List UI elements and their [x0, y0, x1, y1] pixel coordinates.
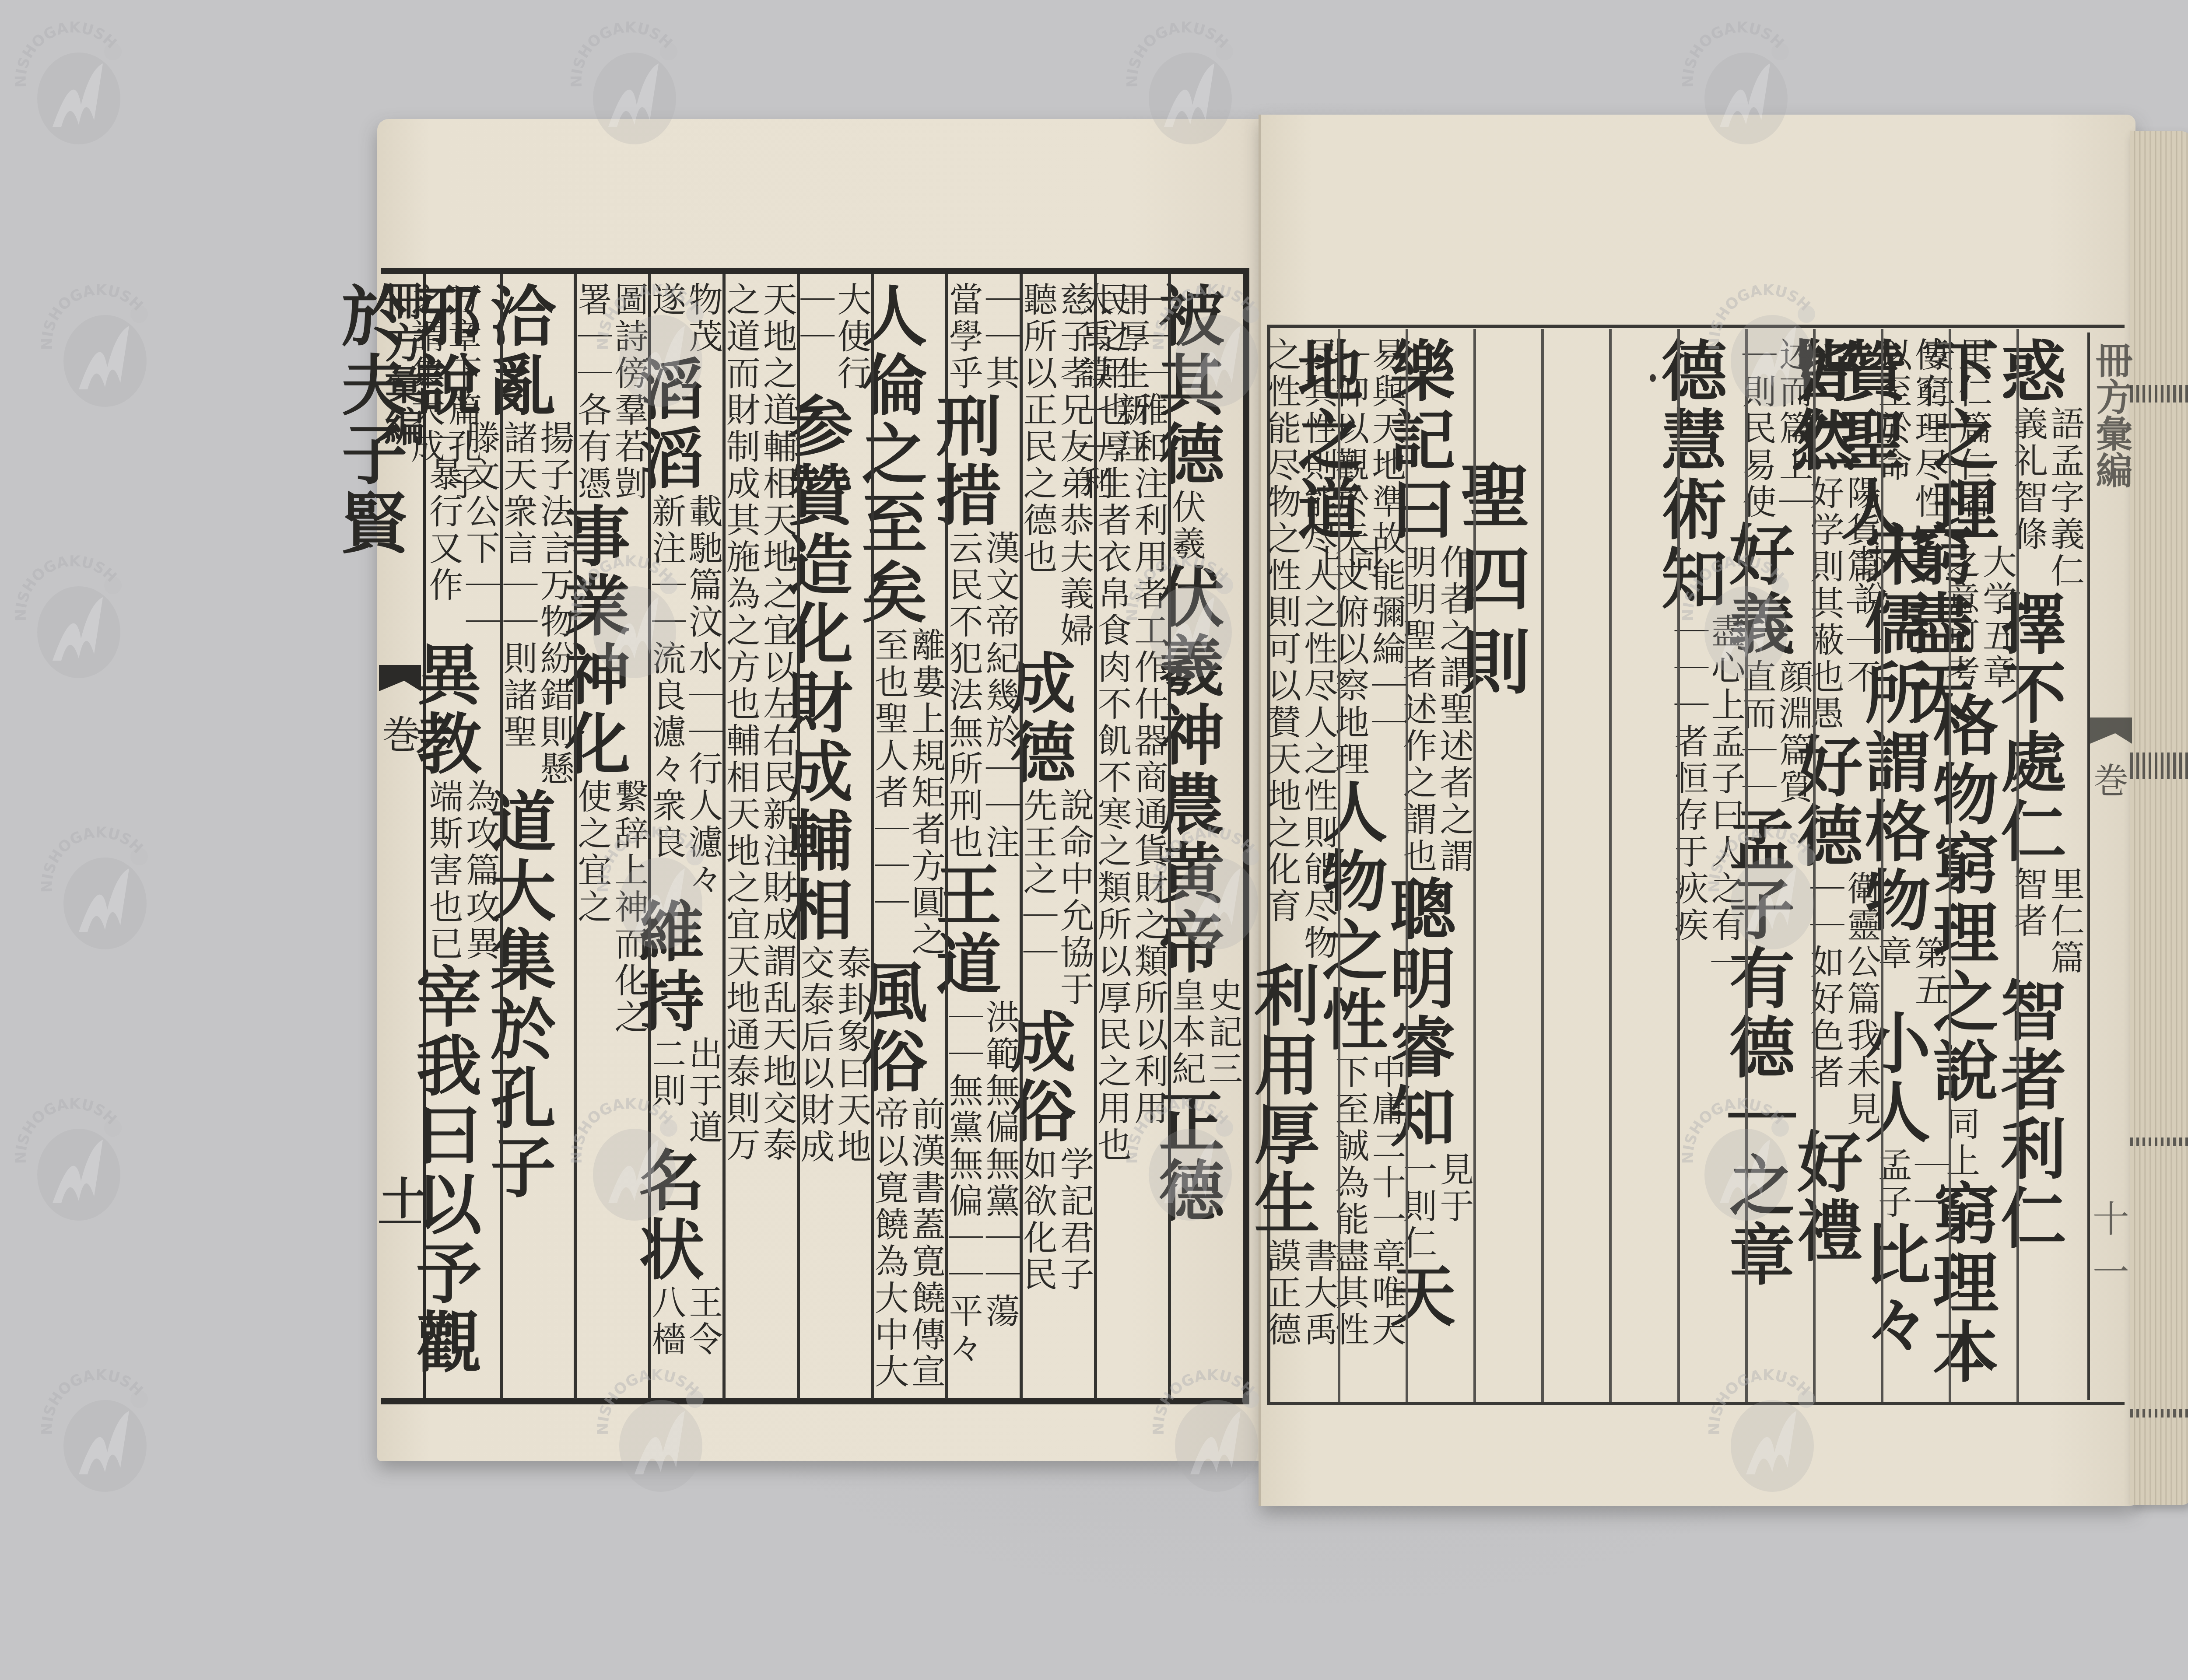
annotation-text: 說命中允協于先王之｜｜	[1019, 787, 1093, 1008]
text-column: 惑語孟字義仁義礼智條擇不處仁里仁篇智者智者利仁里仁篇仁者安仁｜｜窮盡天	[2020, 337, 2083, 1394]
annotation-line: 第五	[1911, 935, 1947, 1009]
annotation-line: 王令	[684, 1284, 721, 1358]
text-column: 下之理大学五章之意可考格物窮理之說同上窮理本贊聖人｜｜卦說	[1953, 337, 2015, 1394]
page-edge-ink-mark	[2130, 1137, 2188, 1146]
annotation-line: 書大禹	[1300, 1238, 1336, 1348]
annotation-text: 物茂遂	[648, 282, 721, 355]
annotation-text: 洪範無偏無黨｜｜蕩｜｜無黨無偏｜｜平々	[945, 999, 1018, 1367]
column-rule	[1338, 329, 1340, 1402]
annotation-text: 離婁上規矩至也聖人者	[870, 627, 944, 811]
text-column: 被其德伏羲伏羲神農黄帝史記三皇本紀正德用厚生新注大禹謨｜｜利	[1172, 282, 1241, 1391]
svg-text:NISHOGAKUSHA: NISHOGAKUSHA	[9, 17, 120, 88]
annotation-line: 署｜｜各有憑	[573, 282, 610, 502]
column-rule	[1473, 329, 1476, 1402]
ink-dot	[1650, 374, 1656, 382]
hanshin-volume: 巻	[2090, 752, 2132, 803]
annotation-line: 謨正德	[1263, 1238, 1300, 1348]
annotation-line: 如欲化民	[1019, 1146, 1056, 1293]
svg-text:NISHOGAKUSHA: NISHOGAKUSHA	[9, 1094, 120, 1164]
annotation-text: 泰卦象曰天地交泰后以財成	[796, 945, 870, 1165]
annotation-text: 出于道二則	[648, 1036, 721, 1146]
text-column: 德慧術知盡心上孟子曰人之有｜｜｜｜者恒存于疢疾	[1681, 337, 1744, 1394]
watermark-logo-icon: NISHOGAKUSHA	[9, 1094, 140, 1225]
annotation-text: 中庸二十一章唯天下至誠為能盡其性	[1331, 1054, 1404, 1348]
annotation-line: 說命中允協于	[1056, 787, 1093, 1008]
annotation-line: 学記君子	[1056, 1146, 1093, 1293]
column-rule	[1677, 329, 1680, 1402]
text-column: 尽其性則能尽人之性尽人之性則能尽物之性能尽物之性則可以賛天地之化育利用厚生書大禹…	[1274, 337, 1336, 1394]
annotation-line: 易與天地準故能彌綸｜｜	[1367, 337, 1404, 778]
annotation-line: 述而篇上｜	[1775, 337, 1812, 521]
page-edge-ink-mark	[2130, 385, 2188, 402]
text-column	[1545, 337, 1608, 1394]
annotation-text: 里仁篇智者	[2009, 866, 2083, 976]
fishtail-mark-icon	[2090, 717, 2132, 744]
annotation-line: ｜｜無黨無偏｜｜平々	[945, 999, 982, 1367]
annotation-line: 揚子法言万物紛錯則懸	[536, 420, 572, 787]
annotation-line: 者方圓之	[907, 811, 944, 958]
text-column: 人倫之至矣離婁上規矩至也聖人者者方圓之｜｜｜風俗前漢書蓋寛饒傳宣帝以寛饒為大中大	[875, 282, 944, 1391]
hanshin-page-number: 十一	[2090, 1190, 2132, 1296]
annotation-line: 泰卦象曰天地	[833, 945, 870, 1165]
annotation-text: 揚子法言万物紛錯則懸諸天衆言｜｜則諸聖	[499, 420, 572, 787]
annotation-line: 載馳篇汶水｜｜行人濾々	[684, 493, 721, 898]
text-column: 樂記曰作者之謂聖述者之謂明明聖者述作之謂也聰明睿知見于一則仁天地之道同上	[1410, 337, 1472, 1394]
annotation-line: 皇本紀	[1168, 977, 1204, 1088]
annotation-line: 云民不犯法無所刑也	[945, 530, 982, 861]
annotation-text: 傳窮理尽性以至於命	[1874, 337, 1947, 521]
annotation-text: 載馳篇汶水｜｜行人濾々新注｜｜流良濾々衆良	[648, 493, 721, 898]
text-column: 述而篇上｜｜則民易使好義顔淵篇質直而｜｜孟子有德｜之章	[1749, 337, 1812, 1394]
annotation-text: ｜｜其當學乎	[945, 282, 1018, 392]
annotation-line: 圖詩傍羣若剴	[610, 282, 647, 502]
annotation-line: 滕文公下｜｜	[462, 420, 498, 640]
svg-text:NISHOGAKUSHA: NISHOGAKUSHA	[9, 551, 120, 622]
annotation-line: 之道而財制成其施為之方也輔相天地之宜天地通泰則万	[722, 282, 759, 1164]
annotation-text: 伏羲	[1168, 489, 1204, 563]
hanshin-title: 冊方彙編	[2093, 341, 2130, 488]
watermark-logo-icon: NISHOGAKUSHA	[35, 280, 166, 411]
svg-text:NISHOGAKUSHA: NISHOGAKUSHA	[565, 17, 676, 88]
annotation-line: 大学五章	[1978, 544, 2015, 691]
main-text: 邪說	[405, 282, 482, 420]
text-column: 易與天地準故能彌綸｜｜｜仰以觀於天文俯以察地理人物之性中庸二十一章唯天下至誠為能…	[1342, 337, 1404, 1394]
column-rule	[1745, 329, 1748, 1402]
annotation-text: 天地之道輔相天地之宜以左右民新注財成謂乱天地交泰之道而財制成其施為之方也輔相天地…	[722, 282, 796, 1164]
annotation-text: 作者之謂聖述者之謂明明聖者述作之謂也	[1399, 544, 1472, 875]
annotation-text: 大使行｜｜	[796, 282, 870, 392]
annotation-text: 為攻篇攻異端斯害也已	[425, 779, 498, 962]
annotation-text: ｜｜｜雅和注利用者工作什器商通貨財之類所以利用民之用也厚生者衣帛食肉不飢不寒之類…	[1093, 282, 1167, 1164]
annotation-line: 先王之｜｜	[1019, 787, 1056, 1008]
annotation-line: 當學乎	[945, 282, 982, 392]
watermark-logo-icon: NISHOGAKUSHA	[9, 551, 140, 682]
annotation-line: 史記三	[1204, 977, 1241, 1088]
column-rule	[1949, 329, 1951, 1402]
page-edge-ink-mark	[2130, 752, 2188, 779]
annotation-text: 述而篇上｜｜則民易使	[1738, 337, 1812, 521]
annotation-line: 尽其性則能尽人之性尽人之性則能尽物	[1300, 337, 1336, 962]
annotation-line: 衛靈公篇我未見	[1843, 871, 1879, 1128]
text-column: 物茂遂滔滔載馳篇汶水｜｜行人濾々新注｜｜流良濾々衆良維持出于道二則名状王令八檣	[652, 282, 721, 1391]
text-column	[1613, 337, 1676, 1394]
text-column: 傳窮理尽性以至於命宋儒所謂格物第五章小人｜｜孟子比々皆然	[1885, 337, 1947, 1394]
annotation-line: 遂	[648, 282, 684, 355]
annotation-line: ｜｜｜	[870, 811, 907, 958]
annotation-line: ｜｜	[1911, 1147, 1947, 1221]
annotation-line: 前漢書蓋寛饒傳宣	[907, 1096, 944, 1390]
annotation-line: 作者之謂聖述者之謂	[1435, 544, 1472, 875]
annotation-line: ｜｜｜雅和注利用者工作什器商通貨財之類所以利用	[1130, 282, 1167, 1164]
page-edges-stack	[2130, 131, 2188, 1505]
annotation-line: 至也聖人者	[870, 627, 907, 811]
annotation-line: 新注｜｜流良濾々衆良	[648, 493, 684, 898]
annotation-line: 離婁上規矩	[907, 627, 944, 811]
annotation-text: 見于一則	[1399, 1151, 1472, 1225]
watermark-logo-icon: NISHOGAKUSHA	[35, 822, 166, 954]
annotation-text: 史記三皇本紀	[1168, 977, 1241, 1088]
annotation-text: 語孟字義仁義礼智條	[2009, 406, 2083, 590]
column-rule	[1406, 329, 1408, 1402]
annotation-text: 書大禹謨正德	[1263, 1238, 1336, 1348]
svg-text:NISHOGAKUSHA: NISHOGAKUSHA	[35, 822, 146, 893]
text-column: 聖四則	[1477, 337, 1540, 1394]
annotation-line: 見于	[1435, 1151, 1472, 1225]
annotation-text: 学記君子如欲化民	[1019, 1146, 1093, 1293]
annotation-line: 諸天衆言｜｜則諸聖	[499, 420, 536, 787]
annotation-text: 滕文公下｜｜｜暴行又作	[425, 420, 498, 640]
column-rule	[945, 274, 948, 1399]
column-rule	[1881, 329, 1883, 1402]
annotation-text: 繋辞上神而化之使之宜之	[573, 779, 647, 1036]
annotation-text: 盡心上孟子曰人之有｜｜｜｜者恒存于疢疾	[1670, 613, 1744, 981]
column-rule	[1609, 329, 1612, 1402]
annotation-line: 傳窮理尽性	[1911, 337, 1947, 521]
column-rule	[1020, 274, 1023, 1399]
annotation-text: 陽貨篇｜｜不好学則其蔽也愚	[1806, 475, 1879, 732]
column-rule	[797, 274, 800, 1399]
text-column: 大使行｜｜参贊造化財成輔相泰卦象曰天地交泰后以財成	[801, 282, 870, 1391]
text-column: 天地之道輔相天地之宜以左右民新注財成謂乱天地交泰之道而財制成其施為之方也輔相天地…	[726, 282, 796, 1391]
annotation-line: 物茂	[684, 282, 721, 355]
text-column: ｜｜其當學乎刑措漢文帝紀幾於｜｜注云民不犯法無所刑也王道洪範無偏無黨｜｜蕩｜｜無…	[949, 282, 1018, 1391]
annotation-line: 聽所以正民之德也	[1019, 282, 1056, 649]
annotation-line: 八檣	[648, 1284, 684, 1358]
annotation-text: 者方圓之｜｜｜	[870, 811, 944, 958]
svg-text:NISHOGAKUSHA: NISHOGAKUSHA	[35, 280, 146, 350]
annotation-line: 二則	[648, 1036, 684, 1146]
text-column: 圖詩傍羣若剴署｜｜各有憑事業神化繋辞上神而化之使之宜之	[578, 282, 647, 1391]
column-rule	[574, 274, 577, 1399]
annotation-text: 漢文帝紀幾於｜｜注云民不犯法無所刑也	[945, 530, 1018, 861]
text-column: 洽亂揚子法言万物紛錯則懸諸天衆言｜｜則諸聖道大集於孔子万章下篇孔子之謂集大成	[504, 282, 573, 1391]
annotation-line: 使之宜之	[573, 779, 610, 1036]
column-rule	[1813, 329, 1816, 1402]
column-rule	[722, 274, 726, 1399]
annotation-text: 大学五章之意可考	[1942, 544, 2015, 691]
annotation-line: 語孟字義仁	[2046, 406, 2083, 590]
annotation-text: 慈子孝兄友弟恭夫義婦聽所以正民之德也	[1019, 282, 1093, 649]
annotation-line: 帝以寛饒為大中大	[870, 1096, 907, 1390]
annotation-line: ｜暴行又作	[425, 420, 462, 640]
annotation-line: 出于道	[684, 1036, 721, 1146]
text-column: 好仁陽貨篇｜｜不好学則其蔽也愚好德衛靈公篇我未見｜｜如好色者好禮	[1817, 337, 1879, 1394]
watermark-logo-icon: NISHOGAKUSHA	[35, 1365, 166, 1496]
annotation-text: 前漢書蓋寛饒傳宣帝以寛饒為大中大	[870, 1096, 944, 1390]
annotation-line: 伏羲	[1168, 489, 1204, 563]
text-column: 邪說滕文公下｜｜｜暴行又作異教為攻篇攻異端斯害也已宰我曰以予觀於夫子賢	[429, 282, 498, 1391]
annotation-text: 易與天地準故能彌綸｜｜｜仰以觀於天文俯以察地理	[1331, 337, 1404, 778]
annotation-line: ｜｜其	[982, 282, 1018, 392]
annotation-line: 中庸二十一章唯天	[1367, 1054, 1404, 1348]
column-rule	[648, 274, 651, 1399]
annotation-line: 里仁篇	[2046, 866, 2083, 976]
main-text: 利用厚生	[1243, 962, 1320, 1238]
right-hanshin-margin: 冊方彙編 巻 十一	[2087, 332, 2132, 1400]
annotation-line: 顔淵篇質	[1775, 659, 1812, 806]
annotation-line: 漢文帝紀幾於｜｜注	[982, 530, 1018, 861]
annotation-line: 民之用也厚生者衣帛食肉不飢不寒之類所以厚民之用也	[1093, 282, 1130, 1164]
svg-text:NISHOGAKUSHA: NISHOGAKUSHA	[35, 1365, 146, 1435]
column-rule	[1541, 329, 1544, 1402]
annotation-line: 陽貨篇｜｜不	[1843, 475, 1879, 732]
annotation-line: 交泰后以財成	[796, 945, 833, 1165]
annotation-text: ｜｜孟子	[1874, 1147, 1947, 1221]
column-rule	[871, 274, 874, 1399]
column-rule	[1094, 274, 1097, 1399]
annotation-line: 為攻篇攻異	[462, 779, 498, 962]
page-edge-ink-mark	[2130, 1409, 2188, 1417]
annotation-line: 之性能尽物之性則可以賛天地之化育	[1263, 337, 1300, 962]
column-rule	[500, 274, 503, 1399]
annotation-text: 王令八檣	[648, 1284, 721, 1358]
column-rule	[1168, 274, 1171, 1399]
svg-text:NISHOGAKUSHA: NISHOGAKUSHA	[1120, 17, 1231, 88]
annotation-line: 慈子孝兄友弟恭夫義婦	[1056, 282, 1093, 649]
annotation-text: 圖詩傍羣若剴署｜｜各有憑	[573, 282, 647, 502]
annotation-text: 顔淵篇質直而｜｜	[1738, 659, 1812, 806]
annotation-text: 尽其性則能尽人之性尽人之性則能尽物之性能尽物之性則可以賛天地之化育	[1263, 337, 1336, 962]
column-rule	[2016, 329, 2019, 1402]
annotation-line: 洪範無偏無黨｜｜蕩	[982, 999, 1018, 1367]
text-column: ｜｜｜雅和注利用者工作什器商通貨財之類所以利用民之用也厚生者衣帛食肉不飢不寒之類…	[1098, 282, 1167, 1391]
annotation-line: 盡心上孟子曰人之有｜	[1707, 613, 1744, 981]
main-text: 異教	[405, 640, 482, 779]
annotation-line: 大使行	[833, 282, 870, 392]
annotation-text: 第五章	[1874, 935, 1947, 1009]
watermark-logo-icon: NISHOGAKUSHA	[9, 17, 140, 149]
svg-text:NISHOGAKUSHA: NISHOGAKUSHA	[1676, 17, 1787, 88]
annotation-line: 天地之道輔相天地之宜以左右民新注財成謂乱天地交泰	[759, 282, 796, 1164]
text-column: 慈子孝兄友弟恭夫義婦聽所以正民之德也成德說命中允協于先王之｜｜成俗学記君子如欲化…	[1024, 282, 1093, 1391]
annotation-line: ｜｜	[796, 282, 833, 392]
annotation-line: 繋辞上神而化之	[610, 779, 647, 1036]
annotation-line: 端斯害也已	[425, 779, 462, 962]
annotation-text: 衛靈公篇我未見｜｜如好色者	[1806, 871, 1879, 1128]
